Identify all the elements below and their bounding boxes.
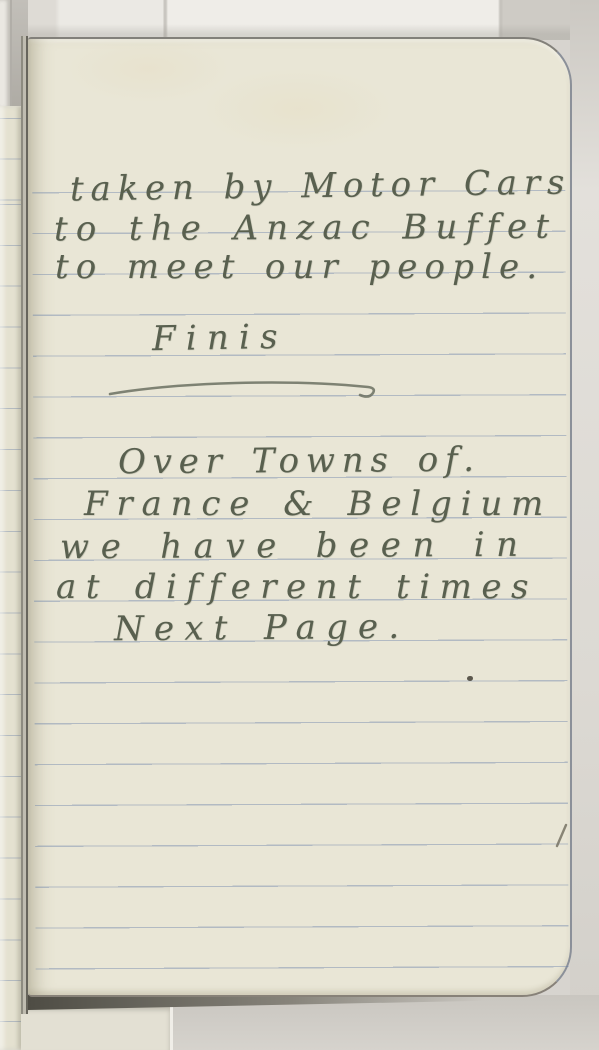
backdrop-top <box>0 0 599 40</box>
previous-page-fragment <box>0 106 21 1050</box>
binding-gutter <box>21 36 28 1014</box>
backdrop-right <box>570 0 599 1050</box>
notebook-page <box>28 37 572 997</box>
spine-card-edge <box>0 0 12 108</box>
scanned-notebook: taken by Motor Cars to the Anzac Buffet … <box>0 0 599 1050</box>
ruled-lines <box>32 190 568 982</box>
